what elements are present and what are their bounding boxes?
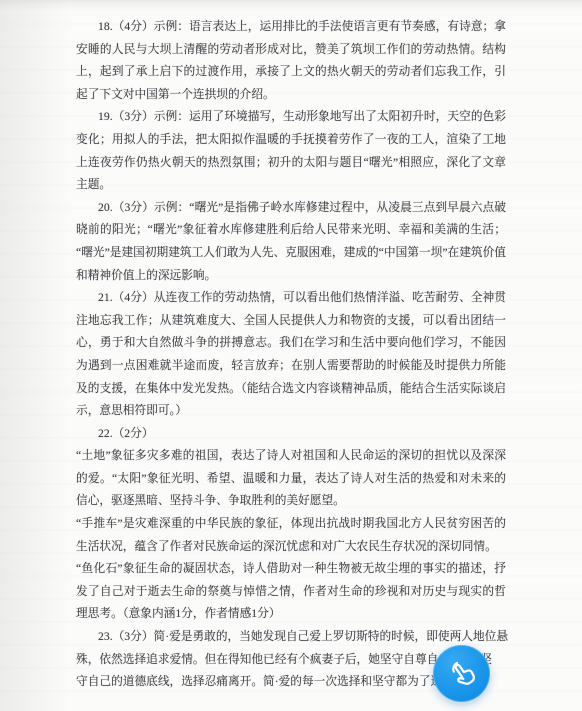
answer-22-tudi-taiyang: “土地”象征多灾多难的祖国，表达了诗人对祖国和人民命运的深切的担忧以及深深的爱。… (76, 445, 506, 513)
tap-hand-icon (445, 657, 479, 691)
document-page: 18.（4分）示例：语言表达上，运用排比的手法使语言更有节奏感，有诗意；拿安睡的… (0, 0, 582, 711)
answer-23-line-2-text: 殊，依然选择追求爱情。但在得知他已经有个疯妻子后，她坚守自尊自爱的 (76, 649, 462, 672)
answer-21: 21.（4分）从连夜工作的劳动热情，可以看出他们热情洋溢、吃苦耐劳、全神贯注地忘… (76, 287, 506, 423)
gesture-fab-button[interactable] (433, 645, 490, 702)
answer-19: 19.（3分）示例：运用了环境描写，生动形象地写出了太阳初升时，天空的色彩变化；… (76, 106, 506, 196)
answer-20: 20.（3分）示例：“曙光”是指佛子岭水库修建过程中，从凌晨三点到早晨六点破晓前… (76, 197, 506, 287)
answer-22-shoutuiche: “手推车”是灾难深重的中华民族的象征，体现出抗战时期我国北方人民贫穷困苦的生活状… (76, 513, 506, 558)
answer-sheet-content: 18.（4分）示例：语言表达上，运用排比的手法使语言更有节奏感，有诗意；拿安睡的… (76, 16, 506, 694)
answer-23-line-1: 23.（3分）简·爱是勇敢的，当她发现自己爱上罗切斯特的时候，即使两人地位悬 (76, 626, 506, 649)
answer-18: 18.（4分）示例：语言表达上，运用排比的手法使语言更有节奏感，有诗意；拿安睡的… (76, 16, 506, 106)
answer-22-yuhuashi: “鱼化石”象征生命的凝固状态，诗人借助对一种生物被无故尘埋的事实的描述，抒发了自… (76, 558, 506, 626)
answer-22-heading: 22.（2分） (76, 423, 506, 446)
